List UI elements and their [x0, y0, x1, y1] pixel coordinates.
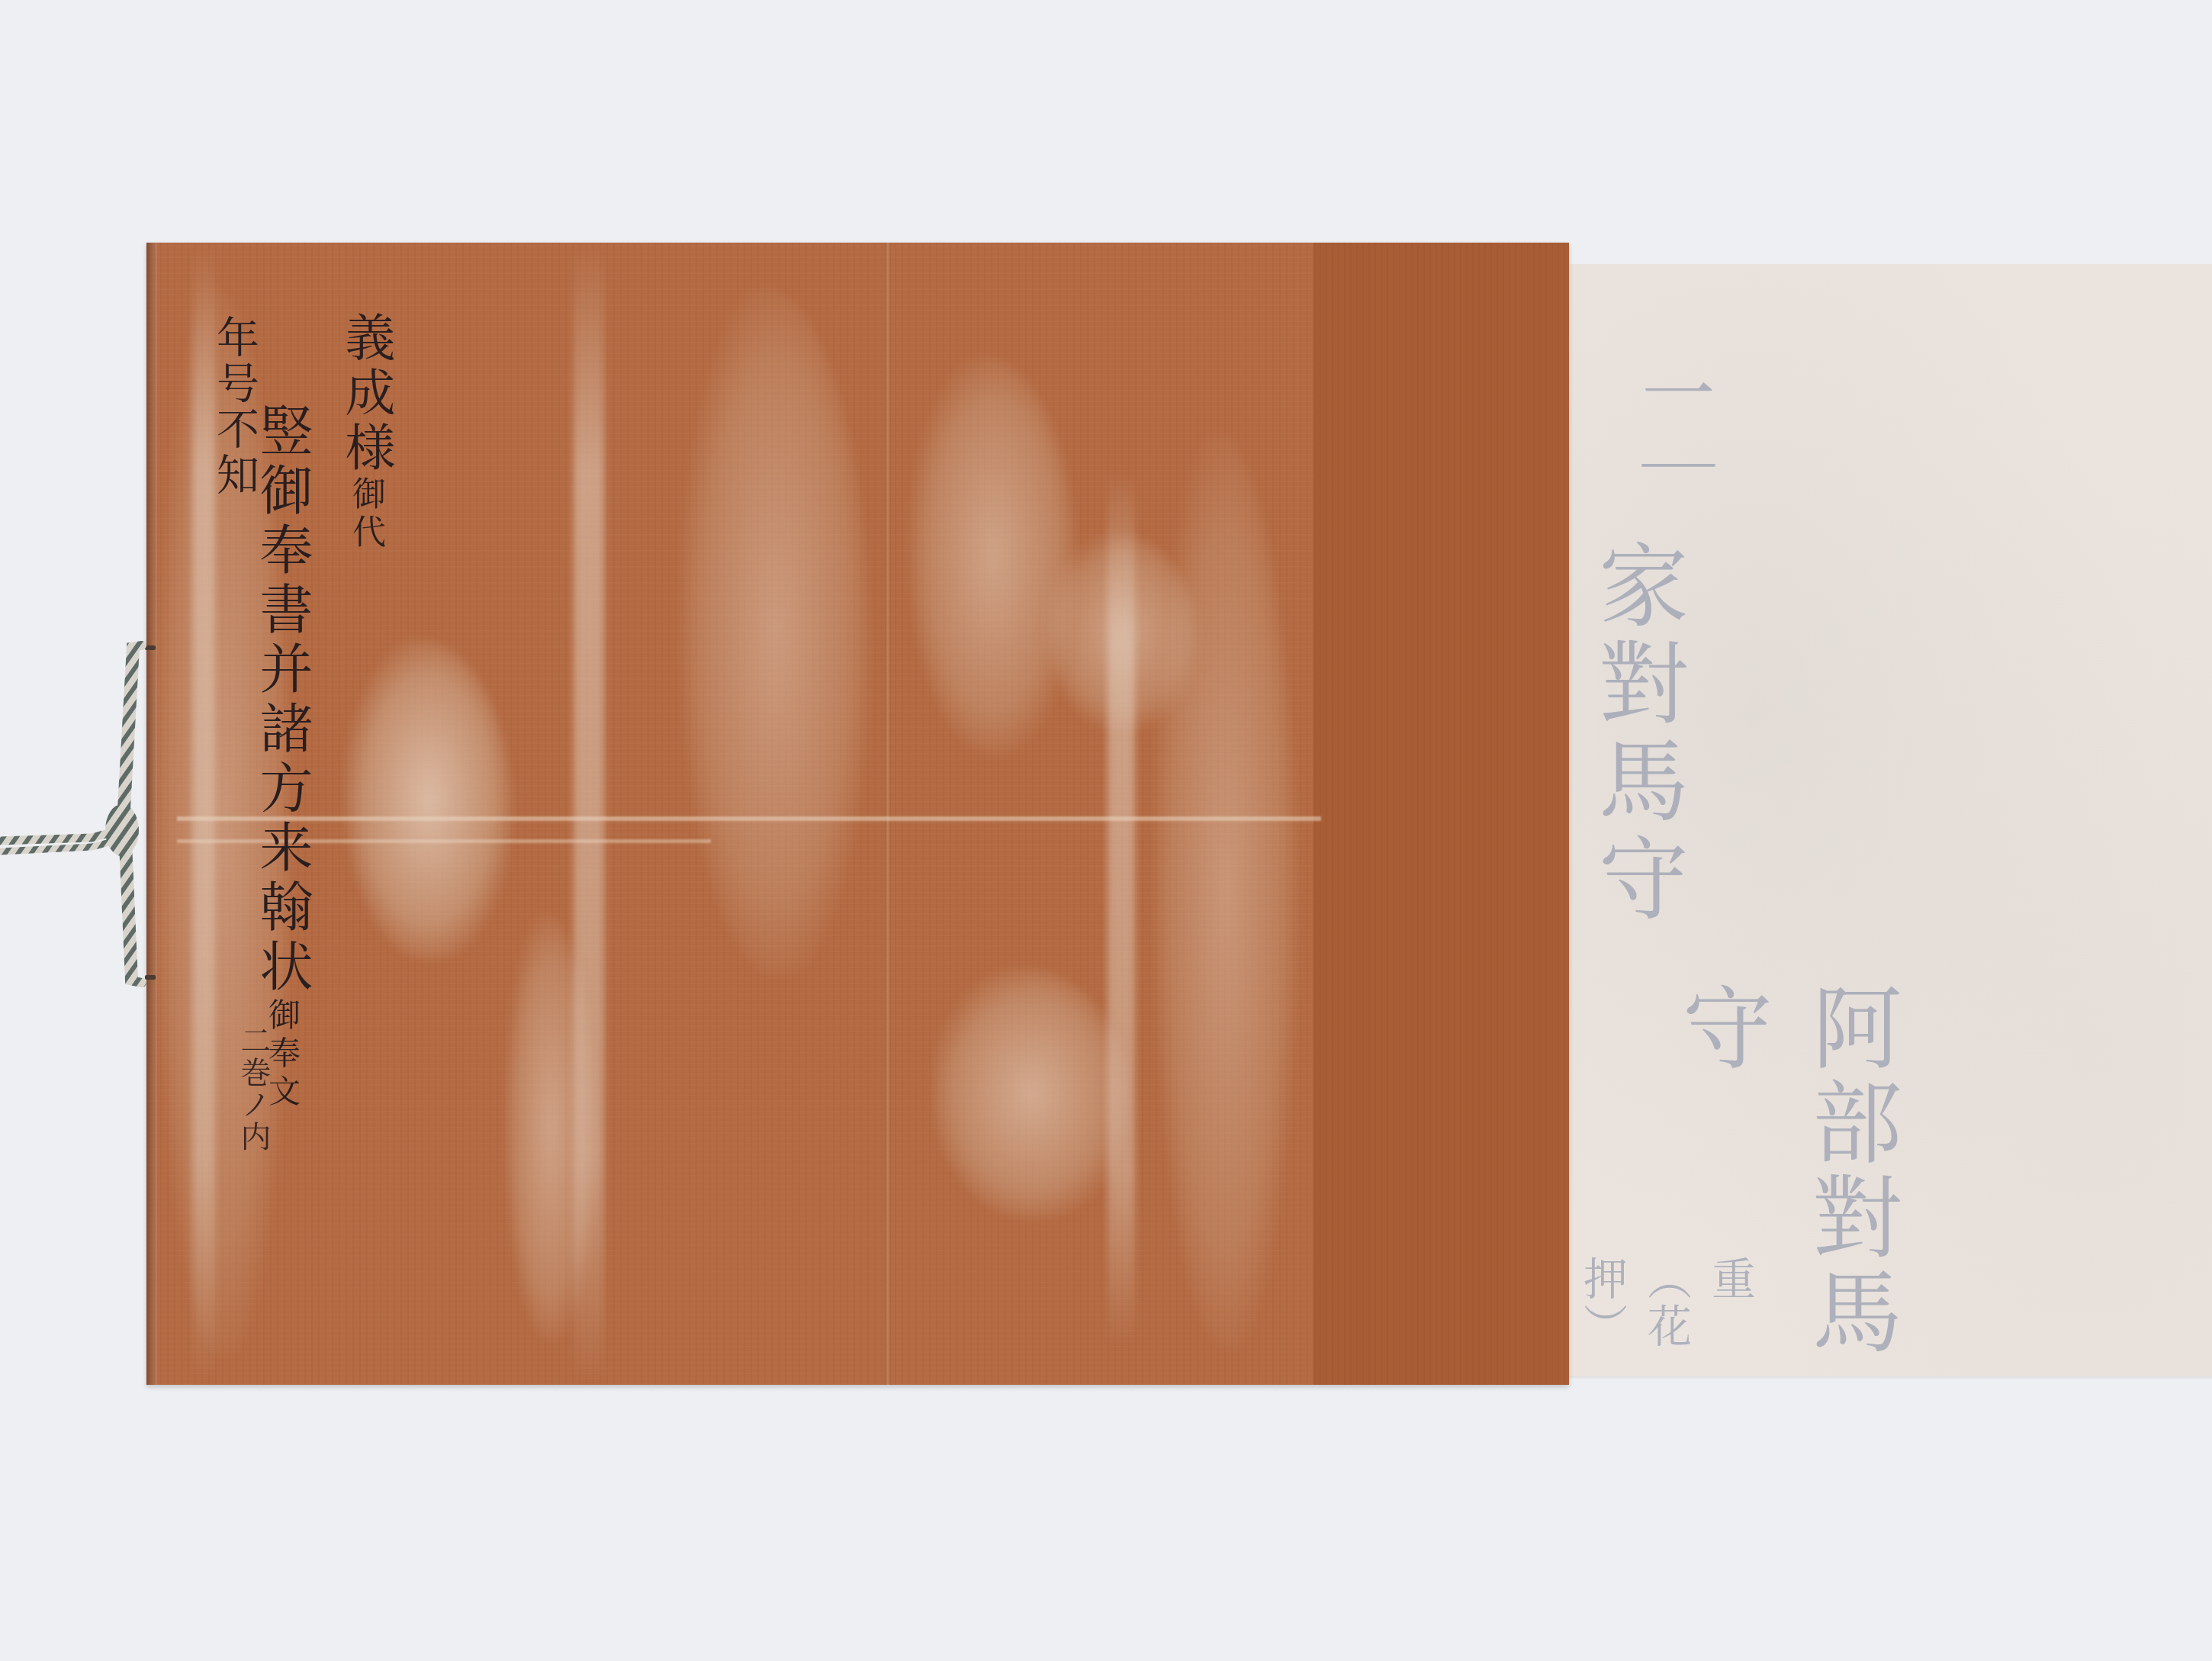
cover-turnover-band — [1313, 243, 1569, 1385]
wear-streak — [574, 243, 604, 1385]
wear-patch — [932, 967, 1130, 1219]
inner-paper-sheet: 一｜ 家對馬守 阿部對馬守 重（花押） — [1556, 264, 2212, 1376]
cover-fold-line — [885, 243, 891, 1385]
horizontal-crease — [177, 816, 1321, 821]
paper-line-1: 家對馬守 — [1571, 539, 1701, 929]
book-cover: 義成様御代 竪御奉書并諸方来翰状御奉文 年号不知 二巻ノ内 — [146, 243, 1569, 1385]
cover-date-note: 年号不知 — [204, 315, 265, 498]
paper-mark: 一｜ — [1621, 356, 1725, 502]
cover-title-line-2: 竪御奉書并諸方来翰状御奉文 — [244, 403, 321, 1112]
cover-volume-note: 二巻ノ内 — [232, 1025, 275, 1153]
wear-streak — [1108, 472, 1135, 1349]
paper-signature: 重（花押） — [1570, 1256, 1762, 1376]
wear-patch — [1153, 433, 1298, 1349]
braided-cord-icon — [0, 633, 153, 999]
wear-patch — [680, 288, 871, 975]
wear-patch — [345, 639, 513, 960]
document-photo: 一｜ 家對馬守 阿部對馬守 重（花押） 義成様御代 竪御奉書并諸方来翰状御奉文 … — [0, 0, 2212, 1661]
cover-title-line-1: 義成様御代 — [330, 311, 402, 552]
wear-patch — [909, 357, 1077, 754]
